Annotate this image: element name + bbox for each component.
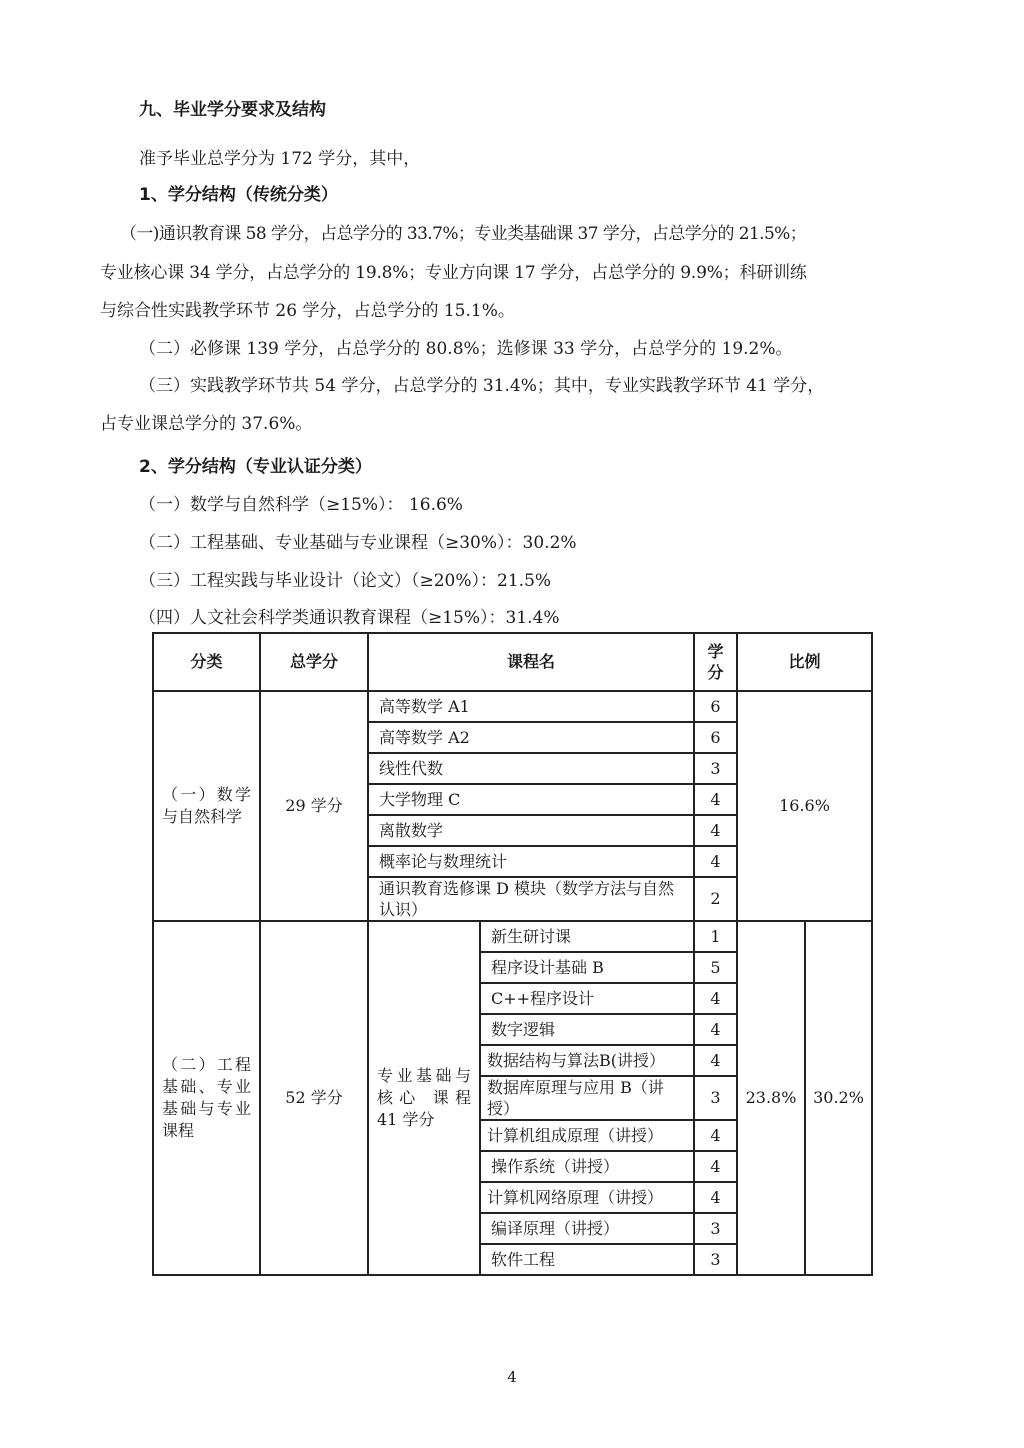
- course-name: 程序设计基础 B: [480, 952, 694, 983]
- group1-ratio: 16.6%: [737, 691, 872, 921]
- part2-title: 2、学分结构（专业认证分类）: [139, 456, 372, 478]
- header-course-name: 课程名: [368, 633, 694, 691]
- group2-total-credits: 52 学分: [260, 921, 368, 1275]
- part1-title: 1、学分结构（传统分类）: [139, 184, 338, 206]
- course-credits: 4: [694, 1120, 737, 1151]
- course-credits: 3: [694, 1244, 737, 1275]
- course-name: 大学物理 C: [368, 784, 694, 815]
- page-number: 4: [0, 1368, 1024, 1386]
- course-name: 新生研讨课: [480, 921, 694, 952]
- part1-para3-line1: （三）实践教学环节共 54 学分，占总学分的 31.4%；其中，专业实践教学环节…: [139, 375, 824, 397]
- course-credits: 1: [694, 921, 737, 952]
- course-credits: 4: [694, 1151, 737, 1182]
- part2-item-2: （二）工程基础、专业基础与专业课程（≥30%）：30.2%: [139, 532, 577, 554]
- part1-para1-line3: 与综合性实践教学环节 26 学分，占总学分的 15.1%。: [100, 300, 515, 322]
- intro-text: 准予毕业总学分为 172 学分，其中，: [139, 148, 420, 170]
- group1-total-credits: 29 学分: [260, 691, 368, 921]
- section-title: 九、毕业学分要求及结构: [139, 99, 326, 121]
- group2-category: （二）工程基础、专业基础与专业课程: [153, 921, 260, 1275]
- course-credits: 4: [694, 1014, 737, 1045]
- course-credits: 4: [694, 1045, 737, 1076]
- table-header-row: 分类 总学分 课程名 学分 比例: [153, 633, 872, 691]
- part2-item-4: （四）人文社会科学类通识教育课程（≥15%）：31.4%: [139, 607, 560, 629]
- part2-item-1: （一）数学与自然科学（≥15%）： 16.6%: [139, 494, 463, 516]
- course-name: 高等数学 A2: [368, 722, 694, 753]
- course-credits: 4: [694, 815, 737, 846]
- part1-para2: （二）必修课 139 学分，占总学分的 80.8%；选修课 33 学分，占总学分…: [139, 338, 793, 360]
- header-total-credits: 总学分: [260, 633, 368, 691]
- table-row: （二）工程基础、专业基础与专业课程 52 学分 专业基础与核心 课程 41 学分…: [153, 921, 872, 952]
- course-name: 数字逻辑: [480, 1014, 694, 1045]
- group2-ratio: 30.2%: [805, 921, 872, 1275]
- header-ratio: 比例: [737, 633, 872, 691]
- header-credits: 学分: [694, 633, 737, 691]
- course-name: 离散数学: [368, 815, 694, 846]
- course-name: 通识教育选修课 D 模块（数学方法与自然认识）: [368, 877, 694, 921]
- course-credits: 4: [694, 846, 737, 877]
- course-name: 概率论与数理统计: [368, 846, 694, 877]
- part1-para1-line2: 专业核心课 34 学分，占总学分的 19.8%；专业方向课 17 学分，占总学分…: [100, 262, 807, 284]
- course-name: 操作系统（讲授）: [480, 1151, 694, 1182]
- course-name: C++程序设计: [480, 983, 694, 1014]
- table-row: （一）数学与自然科学 29 学分 高等数学 A1 6 16.6%: [153, 691, 872, 722]
- course-credits: 2: [694, 877, 737, 921]
- part1-para1-line1: （一)通识教育课 58 学分，占总学分的 33.7%；专业类基础课 37 学分，…: [120, 223, 806, 245]
- course-credits: 4: [694, 983, 737, 1014]
- course-name: 计算机组成原理（讲授）: [480, 1120, 694, 1151]
- course-name: 数据结构与算法B(讲授）: [480, 1045, 694, 1076]
- credit-structure-table: 分类 总学分 课程名 学分 比例 （一）数学与自然科学 29 学分 高等数学 A…: [152, 632, 873, 1276]
- course-name: 线性代数: [368, 753, 694, 784]
- part1-para3-line2: 占专业课总学分的 37.6%。: [100, 413, 312, 435]
- course-name: 编译原理（讲授）: [480, 1213, 694, 1244]
- course-credits: 3: [694, 753, 737, 784]
- course-name: 数据库原理与应用 B（讲授）: [480, 1076, 694, 1120]
- course-name: 软件工程: [480, 1244, 694, 1275]
- course-credits: 3: [694, 1076, 737, 1120]
- course-credits: 5: [694, 952, 737, 983]
- course-name: 计算机网络原理（讲授）: [480, 1182, 694, 1213]
- course-credits: 4: [694, 1182, 737, 1213]
- part2-item-3: （三）工程实践与毕业设计（论文）（≥20%）：21.5%: [139, 570, 551, 592]
- course-credits: 3: [694, 1213, 737, 1244]
- course-name: 高等数学 A1: [368, 691, 694, 722]
- course-credits: 6: [694, 691, 737, 722]
- course-credits: 6: [694, 722, 737, 753]
- group2-sub-ratio: 23.8%: [737, 921, 805, 1275]
- course-credits: 4: [694, 784, 737, 815]
- group2-subgroup: 专业基础与核心 课程 41 学分: [368, 921, 480, 1275]
- header-category: 分类: [153, 633, 260, 691]
- group1-category: （一）数学与自然科学: [153, 691, 260, 921]
